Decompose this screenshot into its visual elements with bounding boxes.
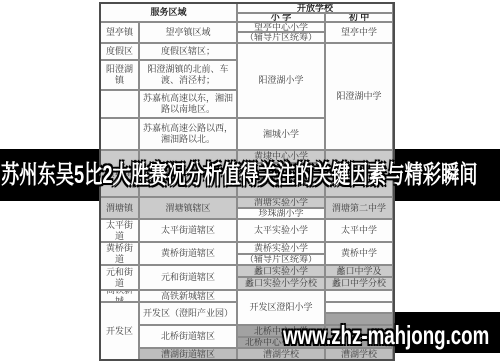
table-cell-area-gaotie: 高铁新城辖区 xyxy=(139,290,237,302)
table-cell-jun-likou: 蠡口中学及 xyxy=(325,265,393,277)
table-cell-pri-taiping: 太平实验小学 xyxy=(237,219,325,242)
table-cell-town-huangqiao: 黄桥街道 xyxy=(100,242,139,265)
table-cell-pri-wangting-note: （辅导片区统筹） xyxy=(237,32,325,43)
table-cell-town-taiping: 太平街道 xyxy=(100,219,139,242)
table-cell-town-west-blank xyxy=(100,118,139,150)
table-cell-header-open-schools: 开放学校 xyxy=(237,3,393,13)
table-cell-area-wangting: 望亭镇区域 xyxy=(139,22,237,43)
table-cell-area-weitang: 渭塘镇辖区 xyxy=(139,197,237,219)
table-cell-town-wangting: 望亭镇 xyxy=(100,22,139,43)
table-cell-jun-wangting: 望亭中学 xyxy=(325,22,393,43)
table-cell-pri-weitang: 渭塘实验小学 xyxy=(237,197,325,208)
headline-overlay-text: 苏州东吴5比2大胜赛况分析值得关注的关键因素与精彩瞬间 xyxy=(1,155,478,191)
table-cell-header-primary-school: 小 学 xyxy=(237,13,325,22)
table-cell-jun-taiping: 太平中学 xyxy=(325,219,393,242)
table-cell-jun-blank-1 xyxy=(325,290,393,302)
table-cell-area-taiping: 太平街道辖区 xyxy=(139,219,237,242)
table-cell-jun-blank-2 xyxy=(325,302,393,313)
table-cell-jun-likou-branch: 蠡口中学分校 xyxy=(325,277,393,290)
table-cell-area-dujiaqu: 度假区辖区； xyxy=(139,43,237,60)
table-cell-area-yuanhe: 元和街道辖区 xyxy=(139,265,237,290)
table-cell-header-junior-school: 初 中 xyxy=(325,13,393,22)
table-cell-town-gaotie: 高铁新城 xyxy=(100,290,139,302)
table-cell-area-yangchenghu: 阳澄湖镇的北前、车渡、消泾村； xyxy=(139,60,237,90)
table-cell-area-chengyang-park: 开发区（澄阳产业园） xyxy=(139,302,237,325)
table-cell-pri-xiangcheng: 湘城小学 xyxy=(237,118,325,150)
table-cell-pri-likou-branch: 蠡口实验小学分校 xyxy=(237,277,325,290)
table-cell-pri-huangqiao-note: （辅导片区统筹） xyxy=(237,254,325,265)
table-cell-pri-likou: 蠡口实验小学 xyxy=(237,265,325,277)
watermark-text: www.zhz-mahjong.com xyxy=(283,320,489,351)
table-cell-town-kaifaqu: 开发区 xyxy=(100,302,139,360)
table-cell-pri-yangchenghu: 阳澄湖小学 xyxy=(237,43,325,118)
table-cell-pri-zhenzhuhu: 珍珠湖小学 xyxy=(237,208,325,219)
table-cell-pri-huangqiao: 黄桥实验小学 xyxy=(237,242,325,254)
table-cell-pri-wangting: 望亭中心小学 xyxy=(237,22,325,32)
table-cell-town-east-blank xyxy=(100,90,139,118)
table-cell-jun-huangqiao: 黄桥中学 xyxy=(325,242,393,265)
table-cell-area-caohu: 漕湖街道辖区 xyxy=(139,348,237,360)
table-cell-town-yuanhe: 元和街道 xyxy=(100,265,139,290)
table-cell-town-weitang: 渭塘镇 xyxy=(100,197,139,219)
table-cell-area-beiqiao: 北桥街道辖区 xyxy=(139,325,237,348)
table-cell-town-yangchenghu: 阳澄湖镇 xyxy=(100,60,139,90)
table-cell-area-east: 苏嘉杭高速以东，湘沺路以南地区。 xyxy=(139,90,237,118)
table-cell-area-west: 苏嘉杭高速公路以西，湘沺路以北。 xyxy=(139,118,237,150)
table-cell-header-service-area: 服务区域 xyxy=(100,3,237,22)
table-cell-jun-yangchenghu: 阳澄湖中学 xyxy=(325,43,393,150)
table-cell-jun-weitang-no2: 渭塘第二中学 xyxy=(325,197,393,219)
table-cell-area-huangqiao: 黄桥街道辖区 xyxy=(139,242,237,265)
table-cell-town-dujiaqu: 度假区 xyxy=(100,43,139,60)
